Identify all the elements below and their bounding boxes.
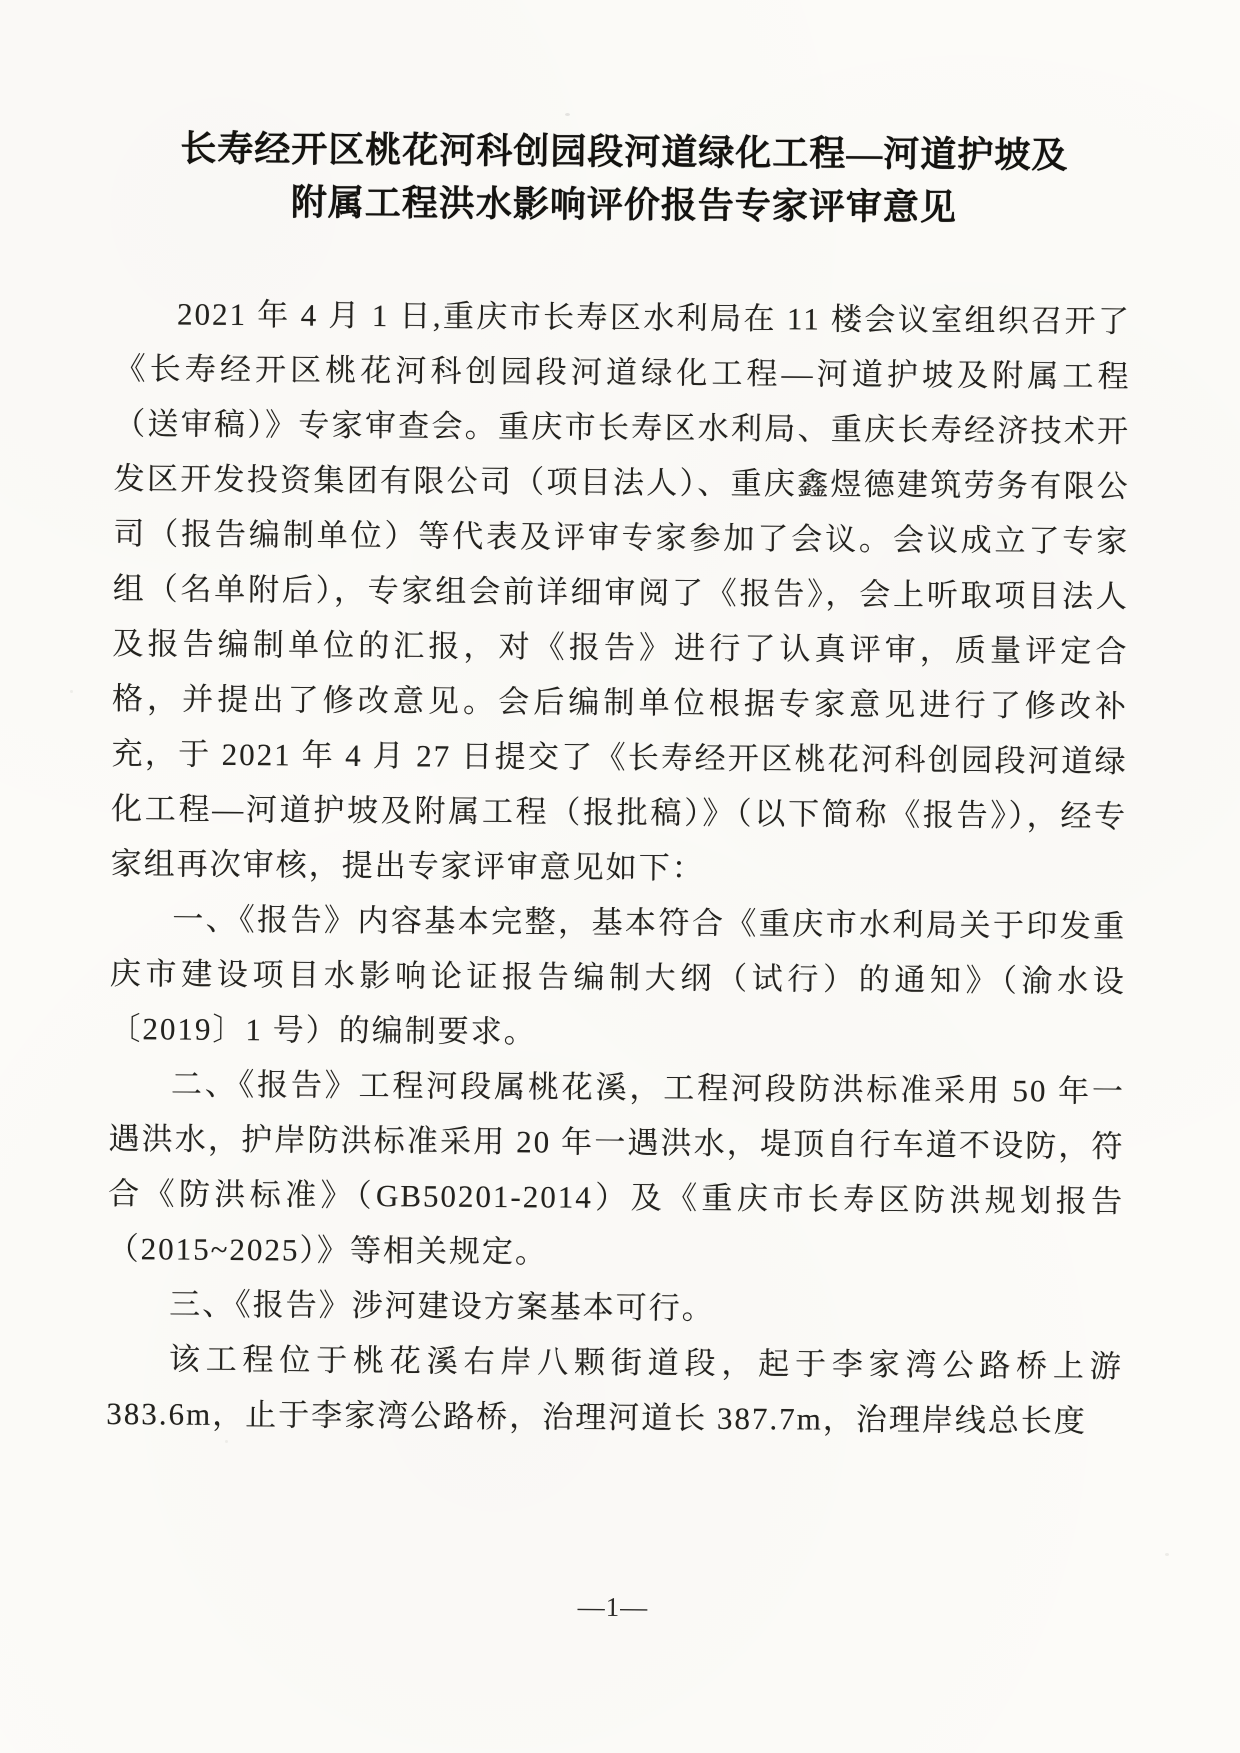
document-title-line-2: 附属工程洪水影响评价报告专家评审意见 bbox=[64, 175, 1184, 237]
document-title-line-1: 长寿经开区桃花河科创园段河道绿化工程—河道护坡及 bbox=[64, 122, 1184, 184]
paragraph-intro: 2021 年 4 月 1 日,重庆市长寿区水利局在 11 楼会议室组织召开了《长… bbox=[110, 286, 1131, 899]
scanned-content: 长寿经开区桃花河科创园段河道绿化工程—河道护坡及 附属工程洪水影响评价报告专家评… bbox=[0, 0, 1240, 1753]
page-number: —1— bbox=[0, 1587, 1233, 1628]
paragraph-opinion-1: 一、《报告》内容基本完整，基本符合《重庆市水利局关于印发重庆市建设项目水影响论证… bbox=[109, 891, 1126, 1064]
document-body: 2021 年 4 月 1 日,重庆市长寿区水利局在 11 楼会议室组织召开了《长… bbox=[106, 286, 1131, 1449]
paragraph-opinion-3: 三、《报告》涉河建设方案基本可行。 bbox=[107, 1276, 1123, 1339]
document-page: 长寿经开区桃花河科创园段河道绿化工程—河道护坡及 附属工程洪水影响评价报告专家评… bbox=[0, 0, 1240, 1753]
paragraph-opinion-2: 二、《报告》工程河段属桃花溪，工程河段防洪标准采用 50 年一遇洪水，护岸防洪标… bbox=[107, 1056, 1125, 1284]
paragraph-project-description: 该工程位于桃花溪右岸八颗街道段，起于李家湾公路桥上游 383.6m，止于李家湾公… bbox=[106, 1331, 1123, 1449]
document-title: 长寿经开区桃花河科创园段河道绿化工程—河道护坡及 附属工程洪水影响评价报告专家评… bbox=[64, 122, 1185, 237]
